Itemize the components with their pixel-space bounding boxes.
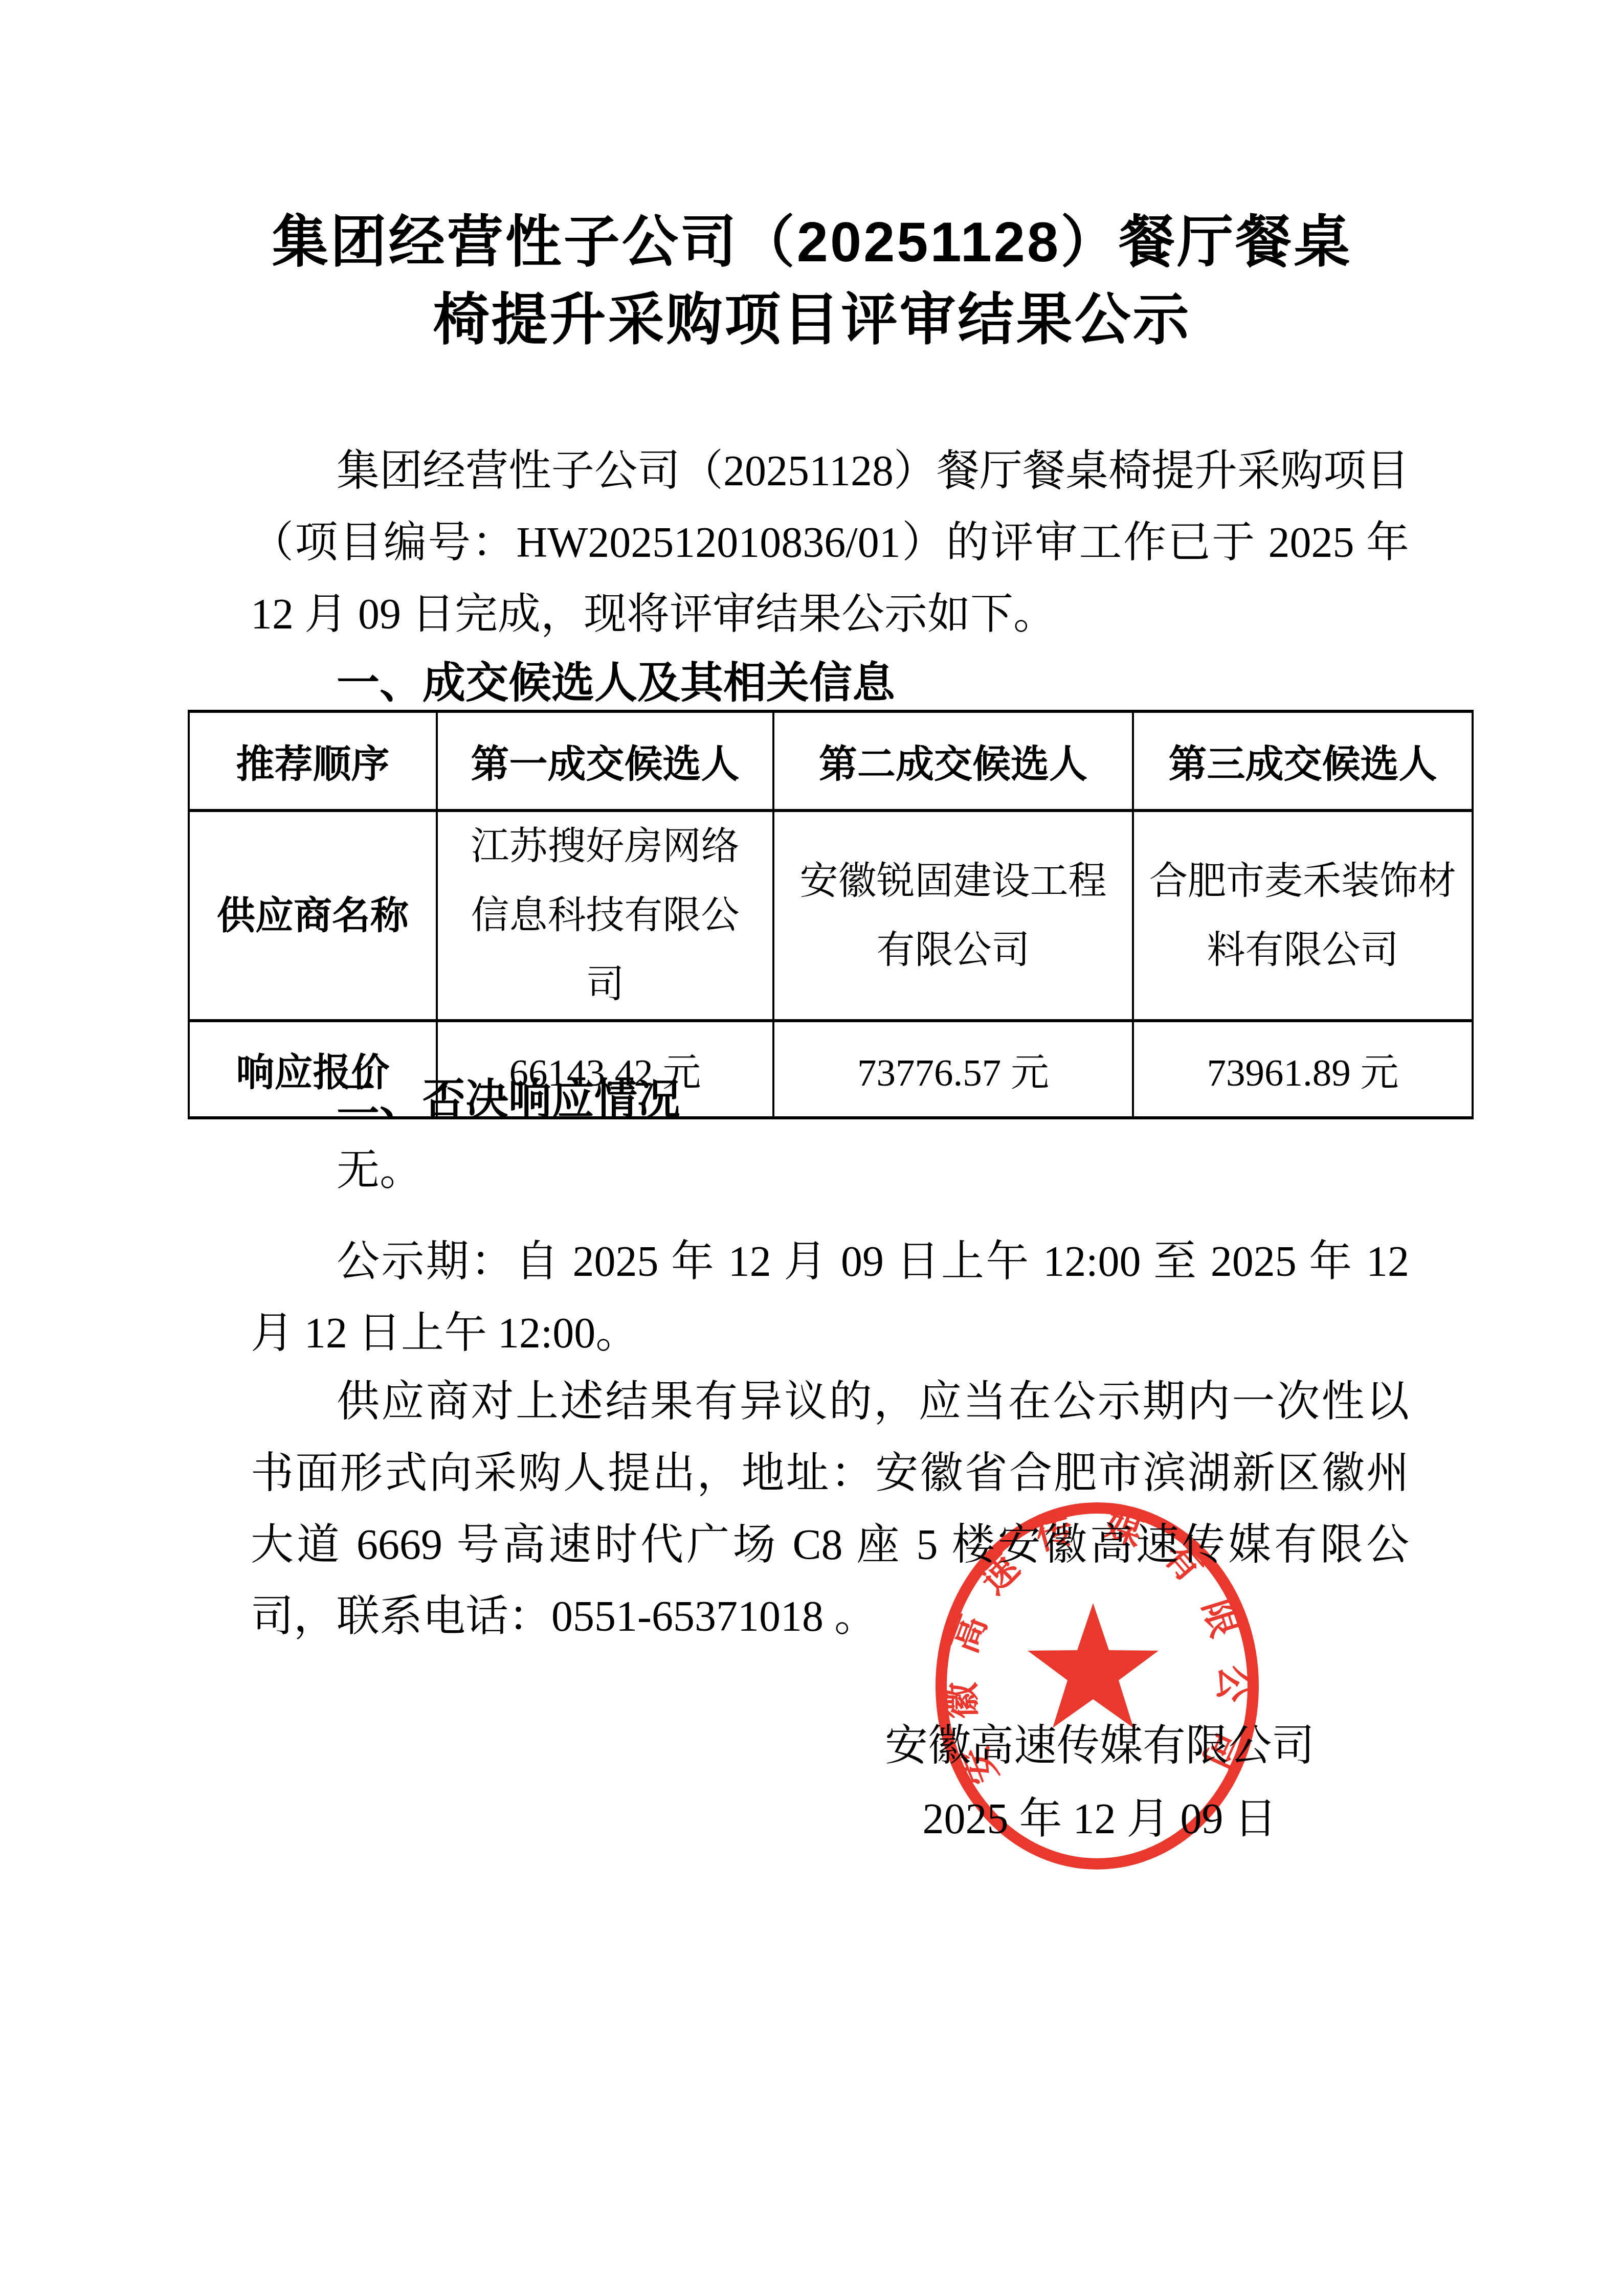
page-title: 集团经营性子公司（20251128）餐厅餐桌 椅提升采购项目评审结果公示 [123, 204, 1501, 359]
supplier-name-1: 江苏搜好房网络信息科技有限公司 [437, 811, 773, 1021]
section1-heading: 一、成交候选人及其相关信息 [251, 647, 1409, 718]
table-row-supplier-name: 供应商名称 江苏搜好房网络信息科技有限公司 安徽锐固建设工程有限公司 合肥市麦禾… [189, 811, 1473, 1021]
intro-paragraph: 集团经营性子公司（20251128）餐厅餐桌椅提升采购项目（项目编号：HW202… [251, 436, 1409, 650]
publicity-period-paragraph: 公示期：自 2025 年 12 月 09 日上午 12:00 至 2025 年 … [251, 1226, 1409, 1369]
rejection-paragraph: 无。 [251, 1135, 1409, 1207]
title-line-1: 集团经营性子公司（20251128）餐厅餐桌 [123, 204, 1501, 281]
supplier-name-3: 合肥市麦禾装饰材料有限公司 [1133, 811, 1473, 1021]
document-page: 集团经营性子公司（20251128）餐厅餐桌 椅提升采购项目评审结果公示 集团经… [0, 0, 1624, 2296]
objection-paragraph: 供应商对上述结果有异议的，应当在公示期内一次性以书面形式向采购人提出，地址：安徽… [251, 1366, 1409, 1653]
col-header-candidate-1: 第一成交候选人 [437, 711, 773, 811]
supplier-name-2: 安徽锐固建设工程有限公司 [773, 811, 1133, 1021]
section2-heading: 二、否决响应情况 [251, 1064, 1409, 1135]
table-header-row: 推荐顺序 第一成交候选人 第二成交候选人 第三成交候选人 [189, 711, 1473, 811]
col-header-candidate-2: 第二成交候选人 [773, 711, 1133, 811]
candidates-table: 推荐顺序 第一成交候选人 第二成交候选人 第三成交候选人 供应商名称 江苏搜好房… [188, 710, 1474, 1119]
title-line-2: 椅提升采购项目评审结果公示 [123, 281, 1501, 359]
signature-date: 2025 年 12 月 09 日 [844, 1784, 1355, 1855]
signature-company: 安徽高速传媒有限公司 [844, 1710, 1355, 1782]
col-header-candidate-3: 第三成交候选人 [1133, 711, 1473, 811]
row-label-supplier: 供应商名称 [189, 811, 437, 1021]
col-header-rank: 推荐顺序 [189, 711, 437, 811]
